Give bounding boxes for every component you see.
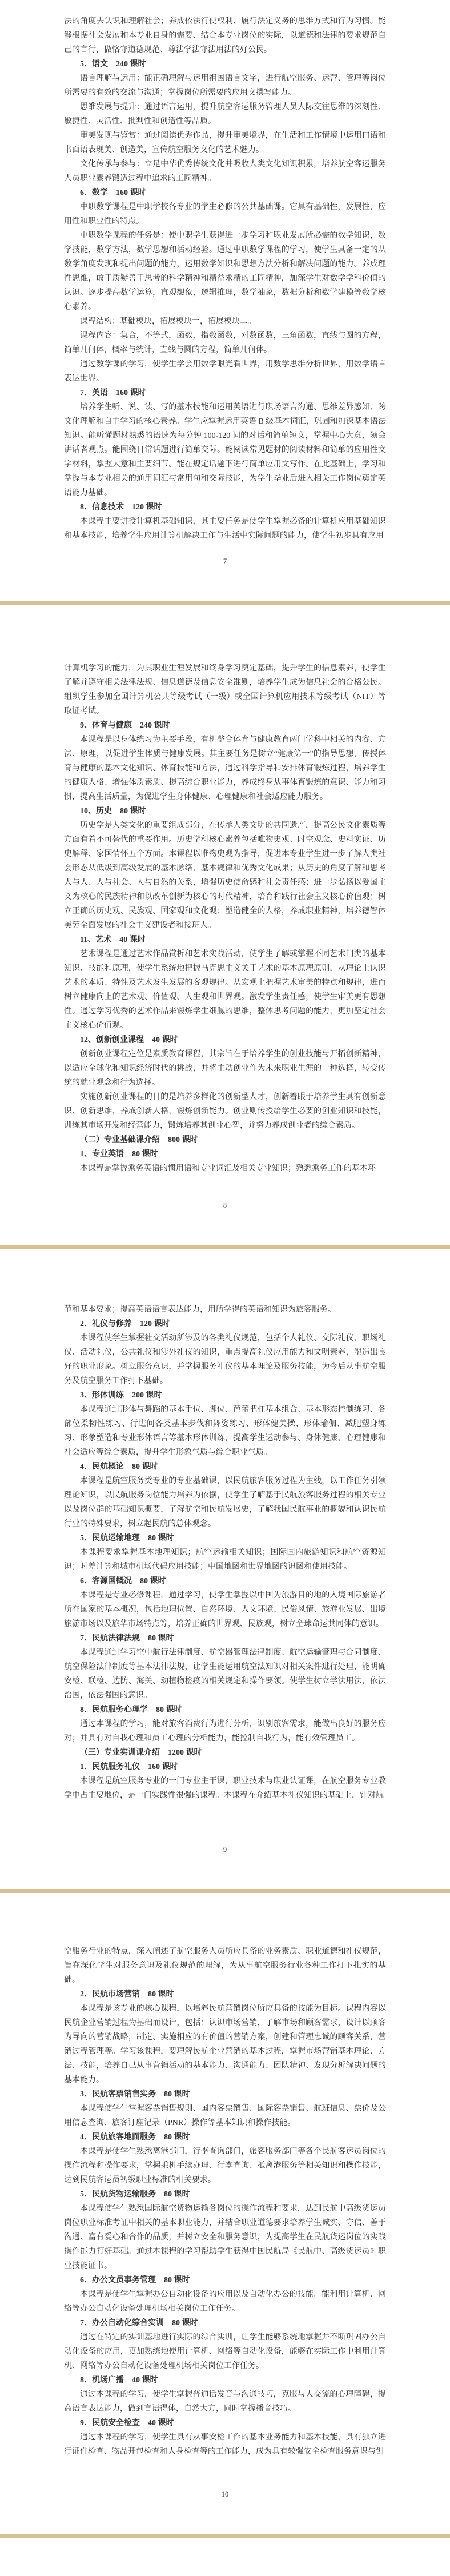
page-number: 10 [0, 2490, 450, 2498]
paragraph: 本课程是掌握乘务英语的惯用语和专业词汇及相关专业知识；熟悉乘务工作的基本环 [64, 1161, 386, 1176]
course-heading: 6．数学 160 课时 [64, 186, 386, 200]
document-page [0, 2538, 450, 2576]
document-page: 计算机学习的能力，为其职业生涯发展和终身学习奠定基础，提升学生的信息素养，使学生… [0, 605, 450, 1245]
paragraph: 中职数学课程的任务是：使中职学生获得进一步学习和职业发展所必需的数学知识，数学技… [64, 229, 386, 314]
paragraph: 中职数学课程是中职学校各专业的学生必修的公共基础课。它具有基础性，发展性，应用性… [64, 200, 386, 229]
paragraph-continuation: 法的角度去认识和理解社会；养成依法行使权利、履行法定义务的思维方式和行为习惯。能… [64, 14, 386, 57]
paragraph: 本课程使学生熟悉国际航空货物运输各岗位的操作流程和要求，达到民航中高级货运员岗位… [64, 2202, 386, 2273]
paragraph: 本课程是航空服务类专业的专业基础课，以民航旅客服务过程为主线，以工作任务引领理论… [64, 1474, 386, 1531]
paragraph: 培养学生听、说、读、写的基本技能和运用英语进行职场语言沟通、思维差异感知、跨文化… [64, 400, 386, 500]
course-heading: 6．办公文员事务管理 80 课时 [64, 2273, 386, 2287]
course-heading: 8．民航服务心理学 80 课时 [64, 1703, 386, 1717]
course-heading: 5．民航运输地理 80 课时 [64, 1531, 386, 1545]
course-heading: 7．民航法律法规 80 课时 [64, 1631, 386, 1646]
paragraph: 通过数学课的学习，使学生学会用数学眼光看世界，用数学思维分析世界，用数学语言表达… [64, 357, 386, 386]
course-heading: （二）专业基础课介绍 800 课时 [64, 1133, 386, 1147]
document-page: 节和基本要求；提高英语语言表达能力，用所学得的英语和知识为旅客服务。2．礼仪与修… [0, 1249, 450, 1889]
paragraph-continuation: 节和基本要求；提高英语语言表达能力，用所学得的英语和知识为旅客服务。 [64, 1303, 386, 1317]
paragraph: 本课程是该专业的核心课程，以培养民航营销岗位所应具备的技能为目标。课程内容以民航… [64, 2002, 386, 2087]
course-heading: 9、体育与健康 240 课时 [64, 718, 386, 733]
paragraph: 本课程使学生掌握客票销售规则、国内客票销售、国际客票销售、航班信息、票价及公用信… [64, 2102, 386, 2130]
course-heading: 8．信息技术 120 课时 [64, 500, 386, 514]
course-heading: 2．民航市场营销 80 课时 [64, 1987, 386, 2002]
paragraph: 通过在特定的实训基地进行实际的综合实训，让学生能够系统地掌握并不断巩固办公自动化… [64, 2330, 386, 2373]
paragraph: 课程内容：集合，不等式，函数，指数函数，对数函数，三角函数，直线与圆的方程，简单… [64, 329, 386, 357]
paragraph: 实施创新创业课程的目的是培养多样化的创新型人才，创新着眼于培养学生具有创新意识、… [64, 1090, 386, 1133]
paragraph: 通过本课程的学习，使学生掌握普通话发音与沟通技巧，克服与人交流的心理障碍，提高语… [64, 2387, 386, 2416]
course-heading: 8．机场广播 40 课时 [64, 2373, 386, 2387]
page-number: 9 [0, 1846, 450, 1854]
course-heading: 10、历史 80 课时 [64, 804, 386, 818]
course-heading: 5．民航货物运输服务 80 课时 [64, 2187, 386, 2202]
course-heading: 1、专业英语 80 课时 [64, 1147, 386, 1161]
course-heading: 7．办公自动化综合实训 80 课时 [64, 2316, 386, 2330]
paragraph-continuation: 计算机学习的能力，为其职业生涯发展和终身学习奠定基础，提升学生的信息素养，使学生… [64, 661, 386, 718]
paragraph: 语言理解与运用：能正确理解与运用祖国语言文字，进行航空服务、运营、管理等岗位所需… [64, 71, 386, 100]
paragraph: 课程结构：基础模块，拓展模块一，拓展模块二。 [64, 314, 386, 329]
paragraph: 本课程要求掌握基本地理知识；航空运输相关知识；国际国内旅游知识和航空资源知识；时… [64, 1545, 386, 1574]
course-heading: 11、艺术 40 课时 [64, 933, 386, 947]
paragraph: 本课程是使学生掌握办公自动化设备的应用以及自动化办公的技能。能利用计算机、网络等… [64, 2287, 386, 2316]
paragraph: 审美发现与鉴赏：通过阅读优秀作品，提升审美境界，在生活和工作情境中运用口语和书面… [64, 129, 386, 157]
document-page: 空服务行业的特点，深入阐述了航空服务人员所应具备的业务素质、职业道德和礼仪规范，… [0, 1893, 450, 2534]
document-page: 法的角度去认识和理解社会；养成依法行使权利、履行法定义务的思维方式和行为习惯。能… [0, 0, 450, 601]
paragraph-continuation: 空服务行业的特点，深入阐述了航空服务人员所应具备的业务素质、职业道德和礼仪规范，… [64, 1944, 386, 1987]
course-heading: 2．礼仪与修养 120 课时 [64, 1317, 386, 1331]
course-heading: 1．民航服务礼仪 160 课时 [64, 1760, 386, 1774]
paragraph: 本课程是使学生熟悉离港部门，行李查询部门，旅客服务部门等各个民航客运员岗位的操作… [64, 2144, 386, 2187]
paragraph: 艺术课程是通过艺术作品赏析和艺术实践活动，使学生了解或掌握不同艺术门类的基本知识… [64, 947, 386, 1033]
paragraph: 本课程主要讲授计算机基础知识，其主要任务是使学生掌握必备的计算机应用基础知识和基… [64, 514, 386, 543]
course-heading: 7．英语 160 课时 [64, 386, 386, 400]
page-number: 8 [0, 1201, 450, 1209]
paragraph: 本课程是航空服务专业的一门专业主干课，职业技术与职业认证课，在航空服务专业教学中… [64, 1774, 386, 1803]
paragraph: 本课程使学生掌握社交活动所涉及的各类礼仪规范，包括个人礼仪、交际礼仪、职场礼仪、… [64, 1331, 386, 1388]
paragraph: 创新创业课程定位是素质教育课程，其宗旨在于培养学生的创业技能与开拓创新精神，以适… [64, 1047, 386, 1090]
page-number: 7 [0, 557, 450, 565]
document: 法的角度去认识和理解社会；养成依法行使权利、履行法定义务的思维方式和行为习惯。能… [0, 0, 450, 2576]
course-heading: （三）专业实训课介绍 1200 课时 [64, 1746, 386, 1760]
paragraph: 思维发展与提升：通过语言运用，提升航空客运服务管理人员人际交往思维的深刻性、敏捷… [64, 100, 386, 129]
paragraph: 本课程是专业必修课程，通过学习，使学生掌握以中国为旅游目的地的入境国际旅游者所在… [64, 1588, 386, 1631]
paragraph: 通过本课程的学习，使学生具有从事安检工作的基本业务能力和基本技能，具有独立进行证… [64, 2430, 386, 2459]
course-heading: 6．客源国概况 80 课时 [64, 1574, 386, 1588]
course-heading: 5．语文 240 课时 [64, 57, 386, 71]
course-heading: 3．民航客票销售实务 80 课时 [64, 2087, 386, 2102]
course-heading: 9．民航安全检查 40 课时 [64, 2416, 386, 2430]
paragraph: 本课程是以身体练习为主要手段，有机整合体育与健康教育两门学科中相关的内容、方法、… [64, 733, 386, 804]
paragraph: 本课程通过形体与舞蹈的基本手位、脚位、芭蕾把杠基本组合、基本形态控制练习、各部位… [64, 1403, 386, 1460]
paragraph: 本课程通过学习空中航行法律制度、航空器管理法律制度、航空运输管理与合同制度、航空… [64, 1646, 386, 1703]
paragraph: 通过本课程的学习，能对旅客消费行为进行分析，识别旅客需求，能做出良好的服务应对；… [64, 1717, 386, 1746]
paragraph: 文化传承与参与：立足中华优秀传统文化并吸收人类文化知识积累，培养航空客运服务人员… [64, 157, 386, 186]
course-heading: 12、创新创业课程 40 课时 [64, 1033, 386, 1047]
course-heading: 4．民航概论 80 课时 [64, 1460, 386, 1474]
paragraph: 历史学是人类文化的重要组成部分，在传承人类文明的共同遗产，提高公民文化素质等方面… [64, 818, 386, 933]
course-heading: 3．形体训练 200 课时 [64, 1388, 386, 1403]
course-heading: 4．民航旅客地面服务 80 课时 [64, 2130, 386, 2144]
